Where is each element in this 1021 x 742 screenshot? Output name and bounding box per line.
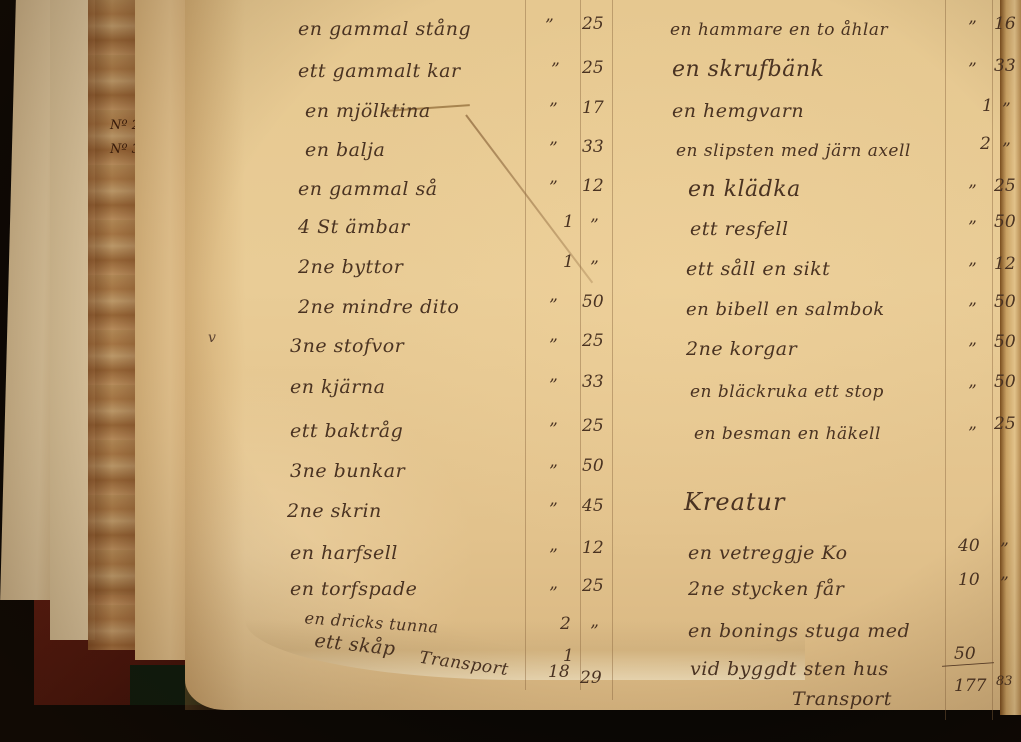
riksdaler-value: ”	[968, 382, 977, 402]
riksdaler-value: 50	[954, 644, 976, 664]
riksdaler-value: ”	[549, 296, 558, 316]
riksdaler-value: 1	[563, 252, 574, 272]
item-description: ett gammalt kar	[298, 60, 461, 82]
item-description: en besman en häkell	[694, 424, 881, 444]
skilling-value: 16	[994, 14, 1016, 34]
riksdaler-value: ”	[549, 462, 558, 482]
item-description: 2ne byttor	[298, 256, 403, 278]
skilling-value: 17	[582, 98, 604, 118]
list-item: 4 St ämbar	[298, 204, 410, 238]
item-description: en slipsten med järn axell	[676, 141, 911, 161]
transport-row: Transport	[792, 676, 892, 710]
riksdaler-value: 1	[982, 96, 993, 116]
margin-check-mark: v	[208, 330, 216, 346]
list-item: en hammare en to åhlar	[670, 6, 888, 40]
list-item: en bonings stuga med	[688, 608, 910, 642]
transport-skilling: 29	[580, 668, 602, 688]
skilling-value: 12	[994, 254, 1016, 274]
item-description: en skrufbänk	[672, 57, 824, 82]
skilling-value: 25	[582, 576, 604, 596]
riksdaler-value: ”	[968, 300, 977, 320]
skilling-value: ”	[1000, 540, 1009, 560]
list-item: en balja	[305, 127, 385, 161]
item-description: en klädka	[688, 177, 801, 202]
riksdaler-value: 40	[958, 536, 980, 556]
skilling-value: 45	[582, 496, 604, 516]
list-item: 2ne mindre dito	[298, 284, 459, 318]
skilling-value: 25	[994, 414, 1016, 434]
skilling-value: 50	[994, 332, 1016, 352]
item-description: en hemgvarn	[672, 100, 804, 122]
list-item: en bläckruka ett stop	[690, 368, 884, 402]
item-description: en gammal så	[298, 178, 438, 200]
skilling-value: ”	[590, 258, 599, 278]
list-item: en mjölktina	[305, 88, 431, 122]
column-rule	[525, 0, 526, 690]
item-description: ett baktråg	[290, 420, 403, 442]
item-description: en bonings stuga med	[688, 620, 910, 642]
list-item: 3ne bunkar	[290, 448, 405, 482]
list-item: en hemgvarn	[672, 88, 804, 122]
list-item: 3ne stofvor	[290, 323, 404, 357]
riksdaler-value: ”	[968, 18, 977, 38]
riksdaler-value: ”	[549, 139, 558, 159]
skilling-value: 50	[994, 212, 1016, 232]
item-description: en gammal stång	[298, 18, 471, 40]
riksdaler-value: ”	[549, 500, 558, 520]
item-description: ett resfell	[690, 218, 789, 240]
riksdaler-value: ”	[549, 420, 558, 440]
item-description: en mjölktina	[305, 100, 431, 122]
item-description: en kjärna	[290, 376, 385, 398]
list-item: en skrufbänk	[672, 48, 824, 82]
list-item: en gammal så	[298, 166, 438, 200]
list-item: en bibell en salmbok	[686, 286, 885, 320]
column-rule	[945, 0, 946, 720]
item-description: en vetreggje Ko	[688, 542, 848, 564]
skilling-value: 33	[582, 137, 604, 157]
item-description: 3ne stofvor	[290, 335, 404, 357]
riksdaler-value: ”	[549, 376, 558, 396]
section-heading: Kreatur	[684, 482, 786, 516]
list-item: en gammal stång	[298, 6, 471, 40]
transport-riksdaler: 18	[548, 662, 570, 682]
column-rule	[580, 0, 581, 690]
riksdaler-value: ”	[549, 584, 558, 604]
riksdaler-value: ”	[545, 16, 554, 36]
riksdaler-value: ”	[968, 182, 977, 202]
riksdaler-value: 1	[563, 212, 574, 232]
skilling-value: 50	[994, 292, 1016, 312]
list-item: en harfsell	[290, 530, 398, 564]
list-item: ett gammalt kar	[298, 48, 461, 82]
item-description: 3ne bunkar	[290, 460, 405, 482]
list-item: en besman en häkell	[694, 410, 881, 444]
skilling-value: ”	[1002, 100, 1011, 120]
riksdaler-value: ”	[549, 100, 558, 120]
riksdaler-value: ”	[968, 218, 977, 238]
page-crease	[465, 114, 593, 283]
item-description: ett såll en sikt	[686, 258, 830, 280]
skilling-value: 25	[582, 14, 604, 34]
skilling-value: 50	[582, 456, 604, 476]
item-description: en balja	[305, 139, 385, 161]
item-description: 4 St ämbar	[298, 216, 410, 238]
item-description: en bläckruka ett stop	[690, 382, 884, 402]
skilling-value: 25	[582, 58, 604, 78]
skilling-value: 12	[582, 176, 604, 196]
skilling-value: 25	[582, 416, 604, 436]
riksdaler-value: ”	[549, 178, 558, 198]
list-item: ett resfell	[690, 206, 789, 240]
riksdaler-value: ”	[551, 60, 560, 80]
item-description: 2ne stycken får	[688, 578, 844, 600]
transport-skilling: 83	[996, 674, 1013, 689]
list-item: en kjärna	[290, 364, 385, 398]
riksdaler-value: ”	[549, 546, 558, 566]
ledger-photo: Nº 2 Nº 3 v en gammal stång ” 25 ett gam…	[0, 0, 1021, 742]
section-heading-kreatur: Kreatur	[684, 488, 786, 516]
riksdaler-value: 2	[560, 614, 571, 634]
riksdaler-value: ”	[968, 424, 977, 444]
list-item: ett baktråg	[290, 408, 403, 442]
item-description: 2ne skrin	[287, 500, 382, 522]
list-item: 2ne korgar	[686, 326, 797, 360]
list-item: ett såll en sikt	[686, 246, 830, 280]
item-description: 2ne mindre dito	[298, 296, 459, 318]
riksdaler-value: ”	[549, 336, 558, 356]
skilling-value: 25	[994, 176, 1016, 196]
list-item: 2ne skrin	[287, 488, 382, 522]
riksdaler-value: ”	[968, 60, 977, 80]
skilling-value: ”	[590, 622, 599, 642]
skilling-value: 25	[582, 331, 604, 351]
skilling-value: 50	[994, 372, 1016, 392]
skilling-value: 12	[582, 538, 604, 558]
list-item: en vetreggje Ko	[688, 530, 848, 564]
transport-label: Transport	[792, 688, 892, 710]
transport-riksdaler: 177	[954, 676, 986, 696]
riksdaler-value: 10	[958, 570, 980, 590]
skilling-value: 33	[582, 372, 604, 392]
skilling-value: ”	[590, 216, 599, 236]
column-rule	[612, 0, 613, 700]
item-description: en harfsell	[290, 542, 398, 564]
list-item: vid byggdt sten hus	[690, 646, 889, 680]
list-item: 2ne byttor	[298, 244, 403, 278]
skilling-value: 50	[582, 292, 604, 312]
list-item: en slipsten med järn axell	[676, 127, 911, 161]
riksdaler-value: ”	[968, 340, 977, 360]
skilling-value: ”	[1000, 574, 1009, 594]
skilling-value: 33	[994, 56, 1016, 76]
riksdaler-value: 2	[980, 134, 991, 154]
skilling-value: ”	[1002, 140, 1011, 160]
item-description: 2ne korgar	[686, 338, 797, 360]
list-item: en klädka	[688, 168, 801, 202]
item-description: en hammare en to åhlar	[670, 20, 888, 40]
item-description: en bibell en salmbok	[686, 299, 885, 320]
riksdaler-value: ”	[968, 260, 977, 280]
list-item: 2ne stycken får	[688, 566, 844, 600]
